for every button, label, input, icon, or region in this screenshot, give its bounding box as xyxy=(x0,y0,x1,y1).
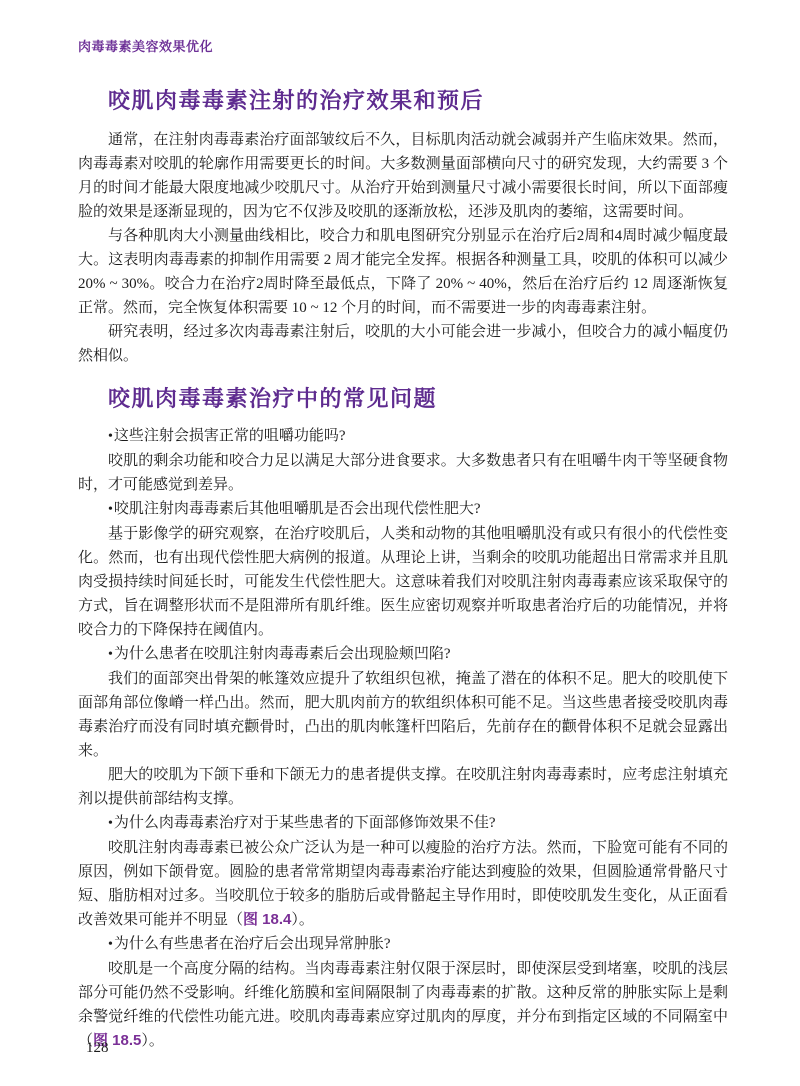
paragraph: 咬肌的剩余功能和咬合力足以满足大部分进食要求。大多数患者只有在咀嚼牛肉干等坚硬食… xyxy=(78,449,728,497)
bullet-icon: • xyxy=(108,429,113,444)
paragraph-text: 咬肌是一个高度分隔的结构。当肉毒毒素注射仅限于深层时，即使深层受到堵塞，咬肌的浅… xyxy=(78,961,728,1049)
paragraph: 我们的面部突出骨架的帐篷效应提升了软组织包袱，掩盖了潜在的体积不足。肥大的咬肌使… xyxy=(78,667,728,763)
question-item: •为什么有些患者在治疗后会出现异常肿胀? xyxy=(78,932,728,957)
page-number: 128 xyxy=(86,1040,109,1057)
section-heading-common-questions: 咬肌肉毒毒素治疗中的常见问题 xyxy=(108,386,728,412)
question-item: •为什么肉毒毒素治疗对于某些患者的下面部修饰效果不佳? xyxy=(78,811,728,836)
question-text: 为什么患者在咬肌注射肉毒毒素后会出现脸颊凹陷? xyxy=(114,646,451,662)
paragraph: 研究表明，经过多次肉毒毒素注射后，咬肌的大小可能会进一步减小，但咬合力的减小幅度… xyxy=(78,320,728,368)
question-text: 这些注射会损害正常的咀嚼功能吗? xyxy=(114,428,346,444)
paragraph: 咬肌是一个高度分隔的结构。当肉毒毒素注射仅限于深层时，即使深层受到堵塞，咬肌的浅… xyxy=(78,957,728,1053)
question-item: •咬肌注射肉毒毒素后其他咀嚼肌是否会出现代偿性肥大? xyxy=(78,497,728,522)
question-item: •这些注射会损害正常的咀嚼功能吗? xyxy=(78,424,728,449)
bullet-icon: • xyxy=(108,502,113,517)
bullet-icon: • xyxy=(108,937,113,952)
figure-ref-18-4: 图 18.4 xyxy=(243,911,291,928)
question-text: 咬肌注射肉毒毒素后其他咀嚼肌是否会出现代偿性肥大? xyxy=(114,501,481,517)
book-page: 肉毒毒素美容效果优化 咬肌肉毒毒素注射的治疗效果和预后 通常，在注射肉毒毒素治疗… xyxy=(0,0,800,1086)
paragraph-text: 咬肌注射肉毒毒素已被公众广泛认为是一种可以瘦脸的治疗方法。然而，下脸宽可能有不同… xyxy=(78,840,728,928)
section-heading-treatment-effect: 咬肌肉毒毒素注射的治疗效果和预后 xyxy=(108,88,728,114)
question-text: 为什么有些患者在治疗后会出现异常肿胀? xyxy=(114,936,391,952)
paragraph: 咬肌注射肉毒毒素已被公众广泛认为是一种可以瘦脸的治疗方法。然而，下脸宽可能有不同… xyxy=(78,836,728,932)
question-item: •为什么患者在咬肌注射肉毒毒素后会出现脸颊凹陷? xyxy=(78,642,728,667)
page-content: 肉毒毒素美容效果优化 咬肌肉毒毒素注射的治疗效果和预后 通常，在注射肉毒毒素治疗… xyxy=(78,36,728,1053)
paragraph-text: ）。 xyxy=(141,1033,164,1049)
paragraph-text: ）。 xyxy=(291,912,314,928)
paragraph: 通常，在注射肉毒毒素治疗面部皱纹后不久，目标肌肉活动就会减弱并产生临床效果。然而… xyxy=(78,128,728,224)
paragraph: 基于影像学的研究观察，在治疗咬肌后，人类和动物的其他咀嚼肌没有或只有很小的代偿性… xyxy=(78,522,728,642)
paragraph: 肥大的咬肌为下颌下垂和下颌无力的患者提供支撑。在咬肌注射肉毒毒素时，应考虑注射填… xyxy=(78,763,728,811)
paragraph: 与各种肌肉大小测量曲线相比，咬合力和肌电图研究分别显示在治疗后2周和4周时减少幅… xyxy=(78,224,728,320)
bullet-icon: • xyxy=(108,816,113,831)
running-header: 肉毒毒素美容效果优化 xyxy=(78,36,728,55)
bullet-icon: • xyxy=(108,647,113,662)
question-text: 为什么肉毒毒素治疗对于某些患者的下面部修饰效果不佳? xyxy=(114,815,496,831)
